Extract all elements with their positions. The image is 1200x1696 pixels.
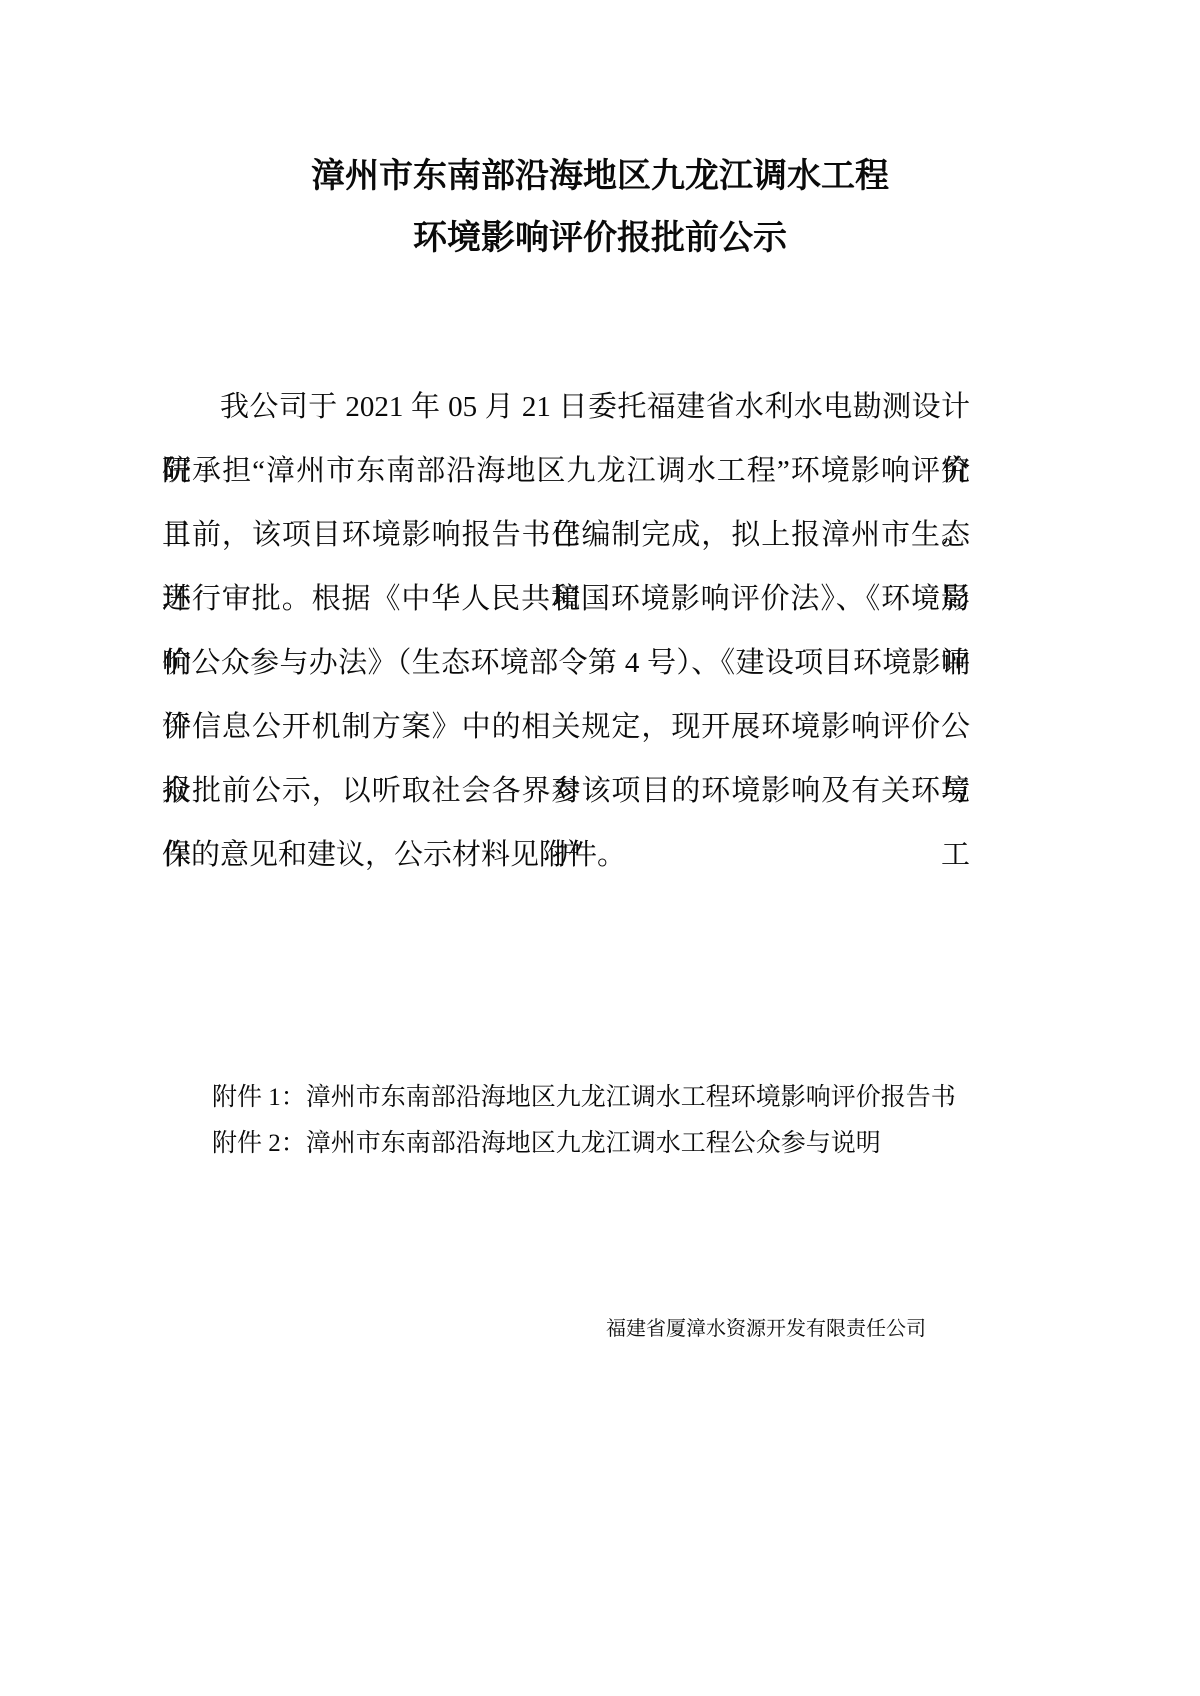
body-line-4: 进行审批。根据《中华人民共和国环境影响评价法》、《环境影响评 bbox=[162, 567, 970, 631]
document-title: 漳州市东南部沿海地区九龙江调水工程 环境影响评价报批前公示 bbox=[0, 146, 1200, 270]
body-line-3: 目前，该项目环境影响报告书已编制完成，拟上报漳州市生态环境局 bbox=[162, 503, 970, 567]
body-line-1: 我公司于 2021 年 05 月 21 日委托福建省水利水电勘测设计研究 bbox=[162, 375, 970, 439]
attachment-1: 附件 1：漳州市东南部沿海地区九龙江调水工程环境影响评价报告书 bbox=[212, 1075, 956, 1121]
document-page: 漳州市东南部沿海地区九龙江调水工程 环境影响评价报批前公示 我公司于 2021 … bbox=[0, 0, 1200, 1696]
body-line-5: 价公众参与办法》（生态环境部令第 4 号）、《建设项目环境影响评 bbox=[162, 631, 970, 695]
body-line-6: 价信息公开机制方案》中的相关规定，现开展环境影响评价公众参与 bbox=[162, 695, 970, 759]
document-title-line-1: 漳州市东南部沿海地区九龙江调水工程 bbox=[0, 146, 1200, 208]
attachment-2: 附件 2：漳州市东南部沿海地区九龙江调水工程公众参与说明 bbox=[212, 1121, 956, 1167]
body-line-7: 报批前公示，以听取社会各界对该项目的环境影响及有关环境保护工 bbox=[162, 759, 970, 823]
attachments-list: 附件 1：漳州市东南部沿海地区九龙江调水工程环境影响评价报告书 附件 2：漳州市… bbox=[212, 1075, 956, 1167]
body-paragraph: 我公司于 2021 年 05 月 21 日委托福建省水利水电勘测设计研究 院承担… bbox=[162, 375, 970, 887]
body-line-2: 院承担“漳州市东南部沿海地区九龙江调水工程”环境影响评价工作。 bbox=[162, 439, 970, 503]
document-title-line-2: 环境影响评价报批前公示 bbox=[0, 208, 1200, 270]
company-signature: 福建省厦漳水资源开发有限责任公司 bbox=[606, 1317, 926, 1341]
